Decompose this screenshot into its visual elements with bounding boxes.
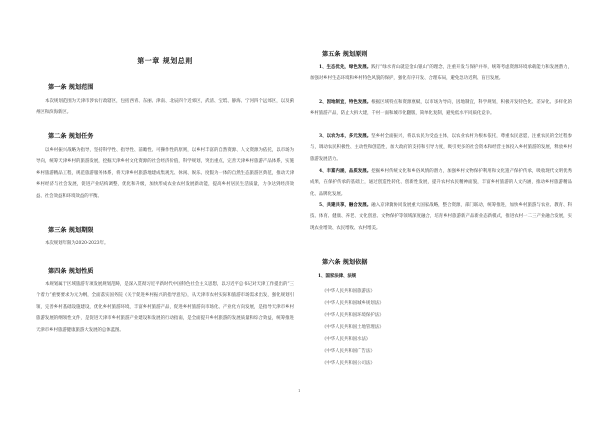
principle-2: 2、因地制宜，特色发展。根据区域特点和资源禀赋，以市场为导向，因地制宜，科学规划… [310,97,572,120]
article-4-text: 本规划属于区域旅游专项发展规划范畴，是深入贯彻习近平新时代中国特色社会主义思想，… [36,279,294,336]
law-item: 《中华人民共和国环境保护法》 [322,312,383,318]
principle-4-label: 4、丰富内涵，品质发展。 [319,169,371,174]
law-item: 《中华人民共和国旅游法》 [322,288,375,294]
law-item: 《中华人民共和国水法》 [322,336,370,342]
principle-1-label: 1、生态优先，绿色发展。 [319,65,371,70]
article-2-text: 以乡村振兴战略为指导，坚持科学性、指导性、前瞻性、可操作性的原则，以乡村丰富的自… [36,145,294,202]
article-6-heading: 第六条 规划依据 [322,257,367,266]
article-1-text: 本次规划范围为天津市涉农行政辖区，包括西青、东丽、津南、北辰四个近郊区，武清、宝… [36,96,294,119]
page-number: 1 [298,388,301,393]
article-3-text: 本次规划年限为2020-2023年。 [36,238,294,249]
principle-5: 5、共建共享，融合发展。融入京津冀协同发展重大国家战略，整合资源，部门联动，统筹… [310,200,572,234]
article-3-heading: 第三条 规划期限 [48,225,93,234]
law-item: 《中华人民共和国城乡规划法》 [322,300,383,306]
principle-3-label: 3、以农为本，多元发展。 [319,134,371,139]
article-6-subtitle: 1、国家法律、法规 [318,271,518,282]
article-5-heading: 第五条 规划原则 [322,49,367,58]
principle-3: 3、以农为本，多元发展。坚乡村全面振兴，将以农民为受益主体，以农业农村为根本依托… [310,131,572,165]
principle-4: 4、丰富内涵，品质发展。挖掘乡村传统文化和乡俗风情的潜力，加强乡村文物保护利用和… [310,166,572,200]
law-item: 《中华人民共和国土地管理法》 [322,324,383,330]
law-item: 《中华人民共和国广告法》 [322,348,375,354]
article-4-heading: 第四条 规划性质 [48,266,93,275]
principle-2-label: 2、因地制宜，特色发展。 [319,100,371,105]
law-item: 《中华人民共和国公司法》 [322,360,375,366]
principle-5-label: 5、共建共享，融合发展。 [319,203,371,208]
article-2-heading: 第二条 规划任务 [48,131,93,140]
principle-1: 1、生态优先，绿色发展。践行“绿水青山就是金山银山”的理念，注重开发与保护并举，… [310,62,572,85]
article-1-heading: 第一条 规划范围 [48,82,93,91]
chapter-title: 第一章 规划总则 [36,56,294,66]
